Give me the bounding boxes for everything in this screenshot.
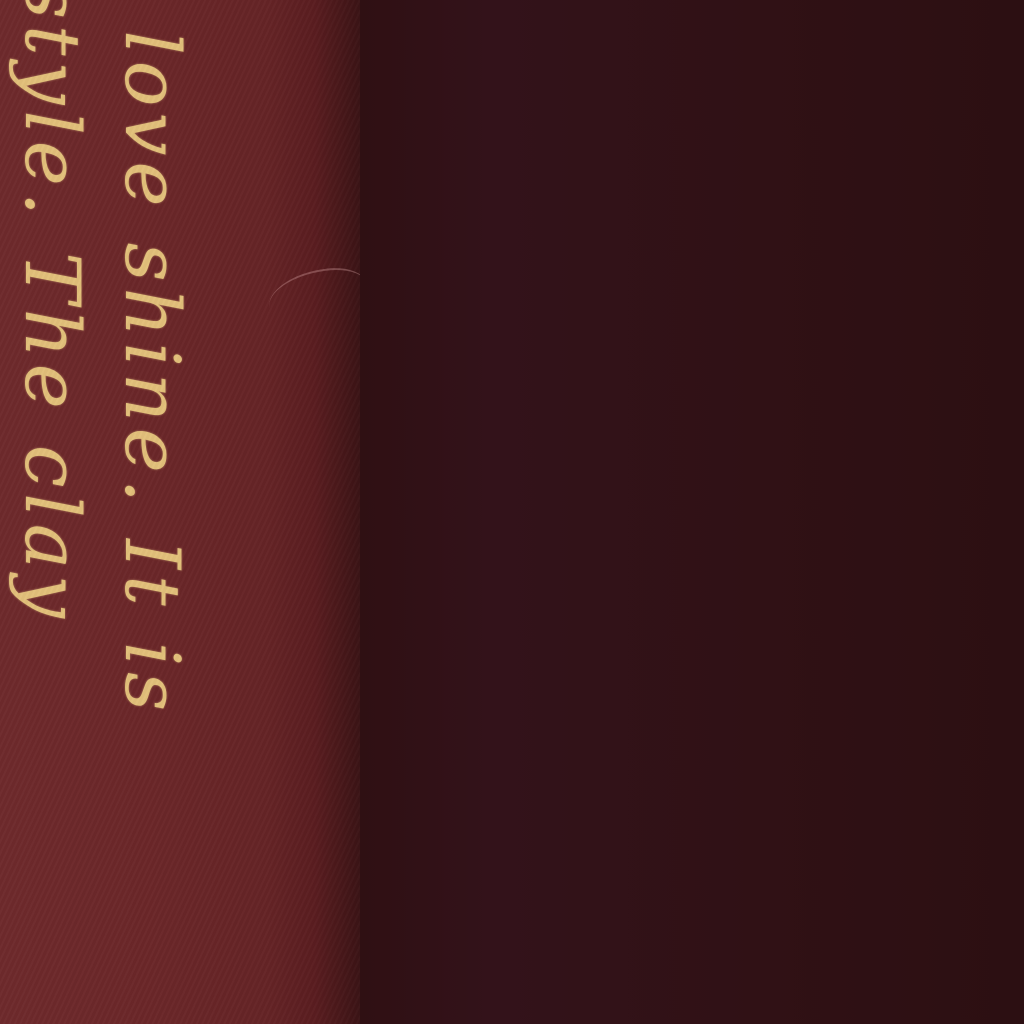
spine-text-line-2: style. The clay [8,0,97,1004]
book-spine: l love shine. It is style. The clay [0,0,370,1024]
book-cover [360,0,1024,1024]
scratch-mark [265,263,371,328]
spine-text-line-1: l love shine. It is [108,0,197,994]
book-photo: l love shine. It is style. The clay [0,0,1024,1024]
